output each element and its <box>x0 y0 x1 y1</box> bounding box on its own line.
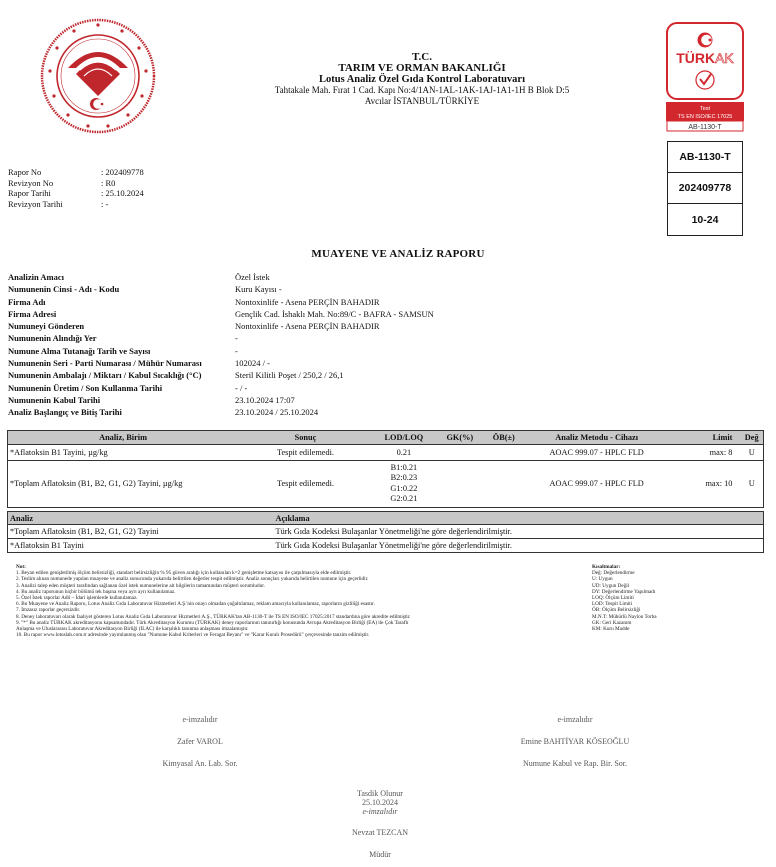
info-label: Numune Alma Tutanağı Tarih ve Sayısı <box>8 345 235 357</box>
col-ob: ÖB(±) <box>485 431 523 445</box>
meta-value: : 25.10.2024 <box>101 188 144 199</box>
header-address-line1: Tahtakale Mah. Fırat 1 Cad. Kapı No:4/1A… <box>230 85 614 96</box>
info-row: Numunenin Kabul Tarihi23.10.2024 17:07 <box>8 394 434 406</box>
notes: Not: 1. Beyan edilen genişletilmiş ölçüm… <box>16 564 576 638</box>
code-period: 10-24 <box>668 204 742 235</box>
sig-right-status: e-imzalıdır <box>500 715 650 724</box>
info-value: 23.10.2024 17:07 <box>235 394 295 406</box>
info-label: Numunenin Cinsi - Adı - Kodu <box>8 283 235 295</box>
col-exp-explanation: Açıklama <box>274 512 764 525</box>
cell-exp-analysis: *Toplam Aflatoksin (B1, B2, G1, G2) Tayi… <box>8 525 274 539</box>
info-row: Numune Alma Tutanağı Tarih ve Sayısı- <box>8 345 434 357</box>
results-header-row: Analiz, Birim Sonuç LOD/LOQ GK(%) ÖB(±) … <box>8 431 764 445</box>
info-value: Nontoxinlife - Asena PERÇİN BAHADIR <box>235 296 380 308</box>
col-result: Sonuç <box>238 431 373 445</box>
info-row: Numunenin Üretim / Son Kullanma Tarihi- … <box>8 382 434 394</box>
info-value: - <box>235 332 238 344</box>
cell-exp-explanation: Türk Gıda Kodeksi Bulaşanlar Yönetmeliği… <box>274 539 764 553</box>
cell-lod-loq: B1:0.21B2:0.23G1:0.22G2:0.21 <box>373 461 435 508</box>
cell-limit: max: 8 <box>671 445 741 461</box>
cell-deg: U <box>740 461 763 508</box>
note-item: 10. Bu rapor www.lotuslab.com.tr adresin… <box>16 632 576 638</box>
cell-analysis: *Aflatoksin B1 Tayini, µg/kg <box>8 445 239 461</box>
info-row: Firma AdresiGençlik Cad. İshaklı Mah. No… <box>8 308 434 320</box>
cell-result: Tespit edilemedi. <box>238 461 373 508</box>
cell-limit: max: 10 <box>671 461 741 508</box>
code-report-no: 202409778 <box>668 173 742 204</box>
info-label: Numunenin Alındığı Yer <box>8 332 235 344</box>
cell-lod-loq: 0.21 <box>373 445 435 461</box>
meta-value: : 202409778 <box>101 167 144 178</box>
sig-center-role: Müdür <box>320 850 440 859</box>
info-row: Numunenin Cinsi - Adı - KoduKuru Kayısı … <box>8 283 434 295</box>
info-label: Numunenin Üretim / Son Kullanma Tarihi <box>8 382 235 394</box>
badge-line1: Test <box>700 106 711 112</box>
sig-left-name: Zafer VAROL <box>140 737 260 746</box>
lod-list: 0.21 <box>375 448 433 457</box>
info-value: 23.10.2024 / 25.10.2024 <box>235 406 318 418</box>
meta-row: Revizyon No: R0 <box>8 178 144 189</box>
col-lod-loq: LOD/LOQ <box>373 431 435 445</box>
table-row: *Toplam Aflatoksin (B1, B2, G1, G2) Tayi… <box>8 525 764 539</box>
turkak-accreditation-badge: TÜRKAK Test TS EN ISO/IEC 17025 AB-1130-… <box>666 22 744 132</box>
info-label: Firma Adı <box>8 296 235 308</box>
info-row: Numuneyi GönderenNontoxinlife - Asena PE… <box>8 320 434 332</box>
sample-info: Analizin AmacıÖzel İstekNumunenin Cinsi … <box>8 271 434 419</box>
info-row: Analizin AmacıÖzel İstek <box>8 271 434 283</box>
info-row: Numunenin Ambalajı / Miktarı / Kabul Sıc… <box>8 369 434 381</box>
col-limit: Limit <box>671 431 741 445</box>
sig-center-name: Nevzat TEZCAN <box>320 828 440 837</box>
header-address-line2: Avcılar İSTANBUL/TÜRKİYE <box>230 96 614 107</box>
explanation-header-row: Analiz Açıklama <box>8 512 764 525</box>
signature-left: e-imzalıdır Zafer VAROL Kimyasal An. Lab… <box>140 715 260 781</box>
info-value: Steril Kilitli Poşet / 250,2 / 26,1 <box>235 369 344 381</box>
meta-row: Revizyon Tarihi: - <box>8 199 144 210</box>
info-value: - <box>235 345 238 357</box>
badge-line2: TS EN ISO/IEC 17025 <box>678 114 733 120</box>
sig-left-role: Kimyasal An. Lab. Sor. <box>140 759 260 768</box>
info-row: Numunenin Seri - Parti Numarası / Mühür … <box>8 357 434 369</box>
sig-center-status: e-imzalıdır <box>320 807 440 816</box>
info-row: Firma AdıNontoxinlife - Asena PERÇİN BAH… <box>8 296 434 308</box>
lab-header: T.C. TARIM VE ORMAN BAKANLIĞI Lotus Anal… <box>230 52 614 107</box>
cell-gk <box>435 445 485 461</box>
info-value: Gençlik Cad. İshaklı Mah. No:89/C - BAFR… <box>235 308 434 320</box>
meta-label: Revizyon No <box>8 178 101 189</box>
info-value: Özel İstek <box>235 271 270 283</box>
abbreviations: Kısaltmalar: Değ: DeğerlendirmeU: UygunU… <box>592 564 657 632</box>
meta-row: Rapor No: 202409778 <box>8 167 144 178</box>
sig-left-status: e-imzalıdır <box>140 715 260 724</box>
sig-right-name: Emine BAHTİYAR KÖSEOĞLU <box>500 737 650 746</box>
meta-label: Revizyon Tarihi <box>8 199 101 210</box>
badge-code: AB-1130-T <box>688 124 722 131</box>
abbreviation-item: M.N.T: Mühürlü Naylon Torba <box>592 614 657 620</box>
signature-right: e-imzalıdır Emine BAHTİYAR KÖSEOĞLU Numu… <box>500 715 650 781</box>
lod-value: 0.21 <box>375 448 433 457</box>
abbreviation-item: KM: Kuru Madde <box>592 626 657 632</box>
meta-value: : - <box>101 199 108 210</box>
cell-deg: U <box>740 445 763 461</box>
info-value: Kuru Kayısı - <box>235 283 282 295</box>
lod-value: G2:0.21 <box>375 494 433 504</box>
info-value: 102024 / - <box>235 357 270 369</box>
info-label: Analizin Amacı <box>8 271 235 283</box>
lod-value: B1:0.21 <box>375 463 433 473</box>
report-title-text: MUAYENE VE ANALİZ RAPORU <box>311 248 484 260</box>
cell-analysis: *Toplam Aflatoksin (B1, B2, G1, G2) Tayi… <box>8 461 239 508</box>
info-label: Numunenin Kabul Tarihi <box>8 394 235 406</box>
signature-center: Tasdik Olunur 25.10.2024 e-imzalıdır Nev… <box>320 789 440 867</box>
info-label: Numunenin Ambalajı / Miktarı / Kabul Sıc… <box>8 369 235 381</box>
cell-method: AOAC 999.07 - HPLC FLD <box>523 445 671 461</box>
sig-center-approve: Tasdik Olunur <box>320 789 440 798</box>
info-value: Nontoxinlife - Asena PERÇİN BAHADIR <box>235 320 380 332</box>
cell-exp-analysis: *Aflatoksin B1 Tayini <box>8 539 274 553</box>
info-label: Firma Adresi <box>8 308 235 320</box>
meta-value: : R0 <box>101 178 115 189</box>
results-table: Analiz, Birim Sonuç LOD/LOQ GK(%) ÖB(±) … <box>7 430 764 508</box>
table-row: *Toplam Aflatoksin (B1, B2, G1, G2) Tayi… <box>8 461 764 508</box>
cell-ob <box>485 461 523 508</box>
col-exp-analysis: Analiz <box>8 512 274 525</box>
explanation-table: Analiz Açıklama *Toplam Aflatoksin (B1, … <box>7 511 764 553</box>
col-gk: GK(%) <box>435 431 485 445</box>
lod-value: B2:0.23 <box>375 473 433 483</box>
table-row: *Aflatoksin B1 Tayini, µg/kgTespit edile… <box>8 445 764 461</box>
report-code-box: AB-1130-T 202409778 10-24 <box>667 141 743 236</box>
cell-result: Tespit edilemedi. <box>238 445 373 461</box>
info-value: - / - <box>235 382 247 394</box>
info-label: Numuneyi Gönderen <box>8 320 235 332</box>
report-title: MUAYENE VE ANALİZ RAPORU <box>0 248 776 260</box>
meta-label: Rapor Tarihi <box>8 188 101 199</box>
col-method: Analiz Metodu - Cihazı <box>523 431 671 445</box>
cell-exp-explanation: Türk Gıda Kodeksi Bulaşanlar Yönetmeliği… <box>274 525 764 539</box>
svg-text:TÜRKAK: TÜRKAK <box>676 50 734 66</box>
sig-right-role: Numune Kabul ve Rap. Bir. Sor. <box>500 759 650 768</box>
info-label: Analiz Başlangıç ve Bitiş Tarihi <box>8 406 235 418</box>
report-meta: Rapor No: 202409778Revizyon No: R0Rapor … <box>8 167 144 209</box>
sig-center-date: 25.10.2024 <box>320 798 440 807</box>
info-row: Numunenin Alındığı Yer- <box>8 332 434 344</box>
lod-list: B1:0.21B2:0.23G1:0.22G2:0.21 <box>375 461 433 507</box>
lod-value: G1:0.22 <box>375 484 433 494</box>
meta-row: Rapor Tarihi: 25.10.2024 <box>8 188 144 199</box>
code-accreditation: AB-1130-T <box>668 142 742 173</box>
table-row: *Aflatoksin B1 TayiniTürk Gıda Kodeksi B… <box>8 539 764 553</box>
ministry-seal-logo <box>40 18 156 134</box>
col-analysis: Analiz, Birim <box>8 431 239 445</box>
meta-label: Rapor No <box>8 167 101 178</box>
cell-ob <box>485 445 523 461</box>
cell-method: AOAC 999.07 - HPLC FLD <box>523 461 671 508</box>
header-lab-name: Lotus Analiz Özel Gıda Kontrol Laboratuv… <box>230 74 614 85</box>
col-deg: Değ <box>740 431 763 445</box>
info-row: Analiz Başlangıç ve Bitiş Tarihi23.10.20… <box>8 406 434 418</box>
info-label: Numunenin Seri - Parti Numarası / Mühür … <box>8 357 235 369</box>
cell-gk <box>435 461 485 508</box>
header-ministry: TARIM VE ORMAN BAKANLIĞI <box>230 63 614 74</box>
